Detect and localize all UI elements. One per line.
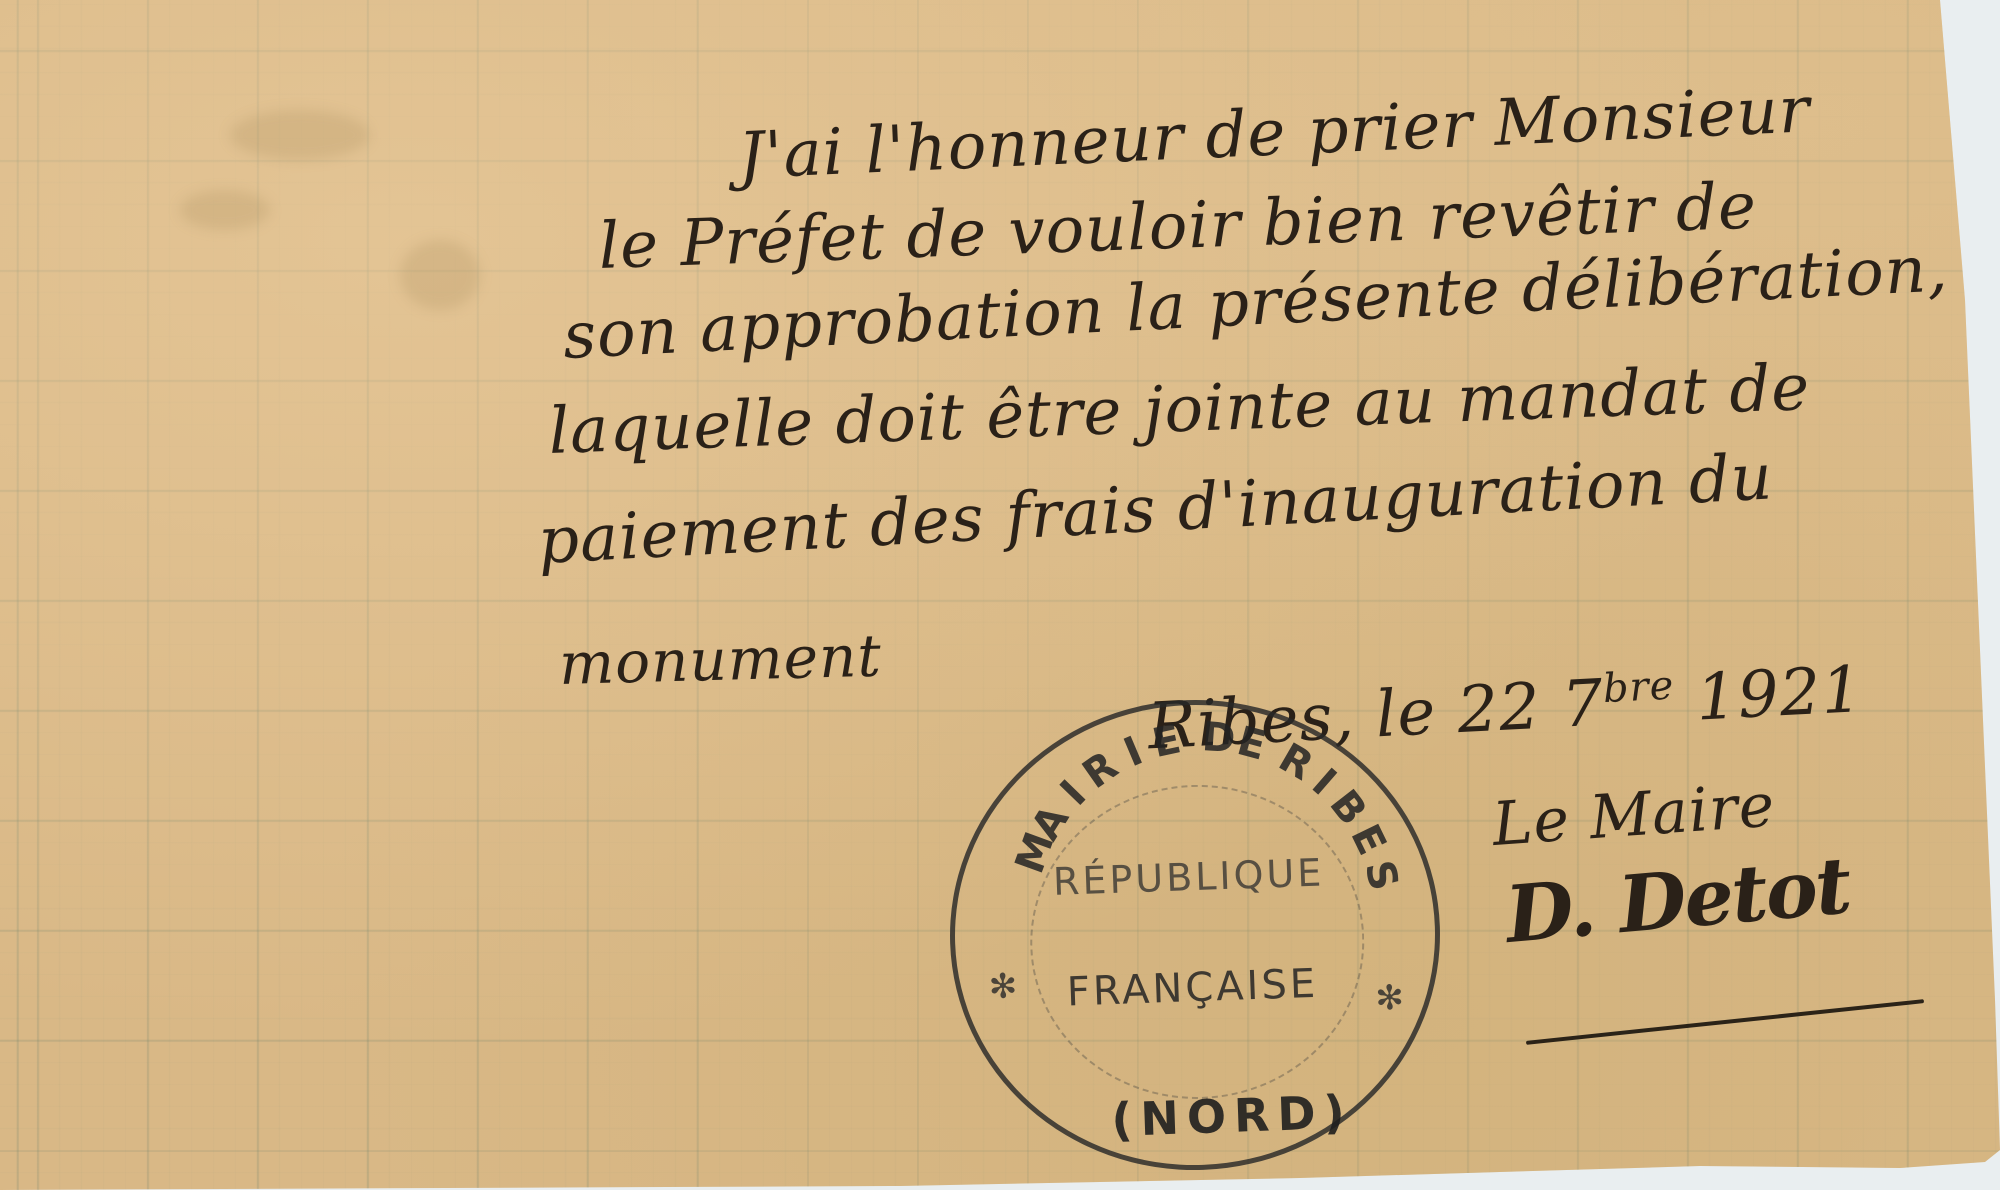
stamp-ornament-right-icon: ✻ [1375, 978, 1405, 1019]
dateline-year: 1921 [1694, 653, 1865, 736]
signature-underline [1526, 999, 1924, 1045]
stamp-arc-letter: S [1355, 856, 1407, 896]
document-paper: J'ai l'honneur de prier Monsieur le Préf… [0, 0, 2000, 1190]
municipal-stamp: M A I R I E D E R I B E S RÉPUBLIQUE FRA… [942, 692, 1448, 1179]
body-line-6: monument [558, 622, 882, 698]
stamp-bottom-nord: (NORD) [1110, 1085, 1353, 1147]
stamp-arc-letter: E [1231, 718, 1272, 770]
stamp-line-francaise: FRANÇAISE [1066, 961, 1319, 1016]
dateline-day: le 22 7 [1374, 667, 1606, 753]
stamp-inner-ring [1025, 779, 1370, 1104]
signature-title: Le Maire [1490, 770, 1777, 860]
paper-stain [400, 240, 480, 310]
paper-stain [230, 110, 370, 160]
paper-stain [180, 190, 270, 230]
dateline-month-superscript: bre [1602, 662, 1676, 712]
stamp-arc-letter: D [1201, 714, 1234, 762]
signature: D. Detot [1502, 840, 1853, 961]
stamp-ornament-left-icon: ✻ [988, 966, 1018, 1007]
